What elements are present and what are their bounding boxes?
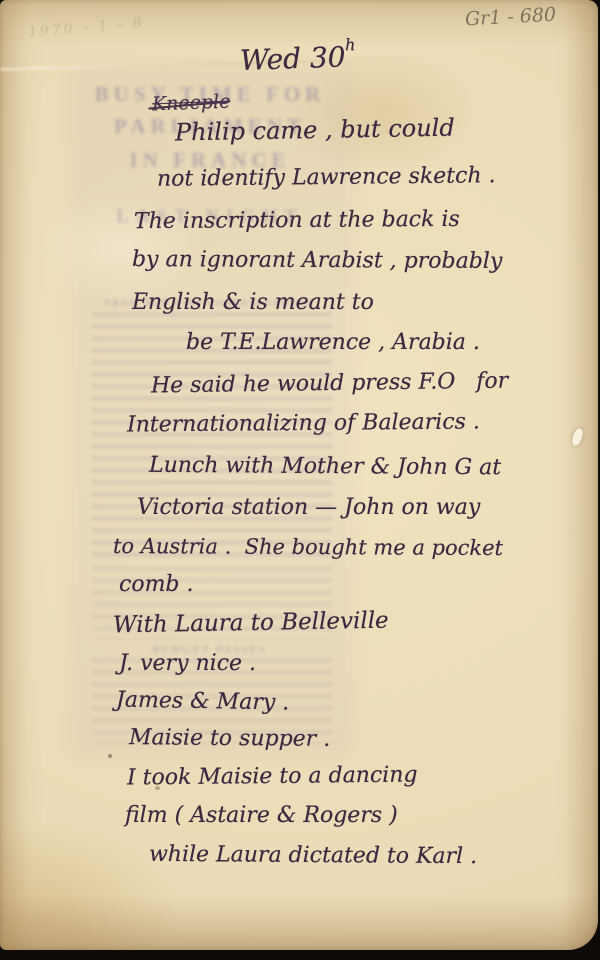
crossed-out-word: Kneeple: [152, 91, 231, 116]
diary-line: English & is meant to: [132, 290, 374, 315]
ink-spot: [155, 786, 160, 790]
photograph-background: { "page": { "catalog_number": "Gr1 - 680…: [0, 0, 600, 960]
paper-edge-chip: [570, 427, 584, 447]
diary-line: James & Mary .: [116, 687, 290, 715]
diary-line: to Austria . She bought me a pocket: [113, 534, 503, 560]
diary-line: while Laura dictated to Karl .: [149, 842, 477, 869]
diary-line: J. very nice .: [119, 651, 256, 676]
diary-line: comb .: [119, 572, 194, 597]
diary-line: Internationalizing of Balearics .: [127, 409, 480, 437]
date-ordinal-superscript: h: [345, 35, 356, 54]
diary-line: He said he would press F.O for: [151, 369, 509, 399]
ink-spot: [108, 754, 112, 758]
diary-line: Philip came , but could: [175, 114, 455, 147]
diary-line: film ( Astaire & Rogers ): [125, 803, 398, 828]
diary-line: by an ignorant Arabist , probably: [132, 247, 502, 274]
diary-page: BUSY TIME FOR PARLIAMENT IN FRANCE LAST …: [0, 0, 598, 950]
diary-line: I took Maisie to a dancing: [127, 762, 418, 790]
diary-line: be T.E.Lawrence , Arabia .: [186, 330, 480, 355]
faint-pencil-inscription: 1970 - 1 - 8: [28, 15, 146, 41]
diary-line: With Laura to Belleville: [113, 608, 389, 639]
diary-line: Maisie to supper .: [129, 725, 330, 752]
diary-line: The inscription at the back is: [134, 207, 460, 234]
catalog-number: Gr1 - 680: [464, 4, 556, 31]
diary-line: Victoria station — John on way: [137, 495, 480, 520]
diary-line: not identify Lawrence sketch .: [157, 163, 496, 192]
diary-line: Lunch with Mother & John G at: [149, 453, 501, 480]
